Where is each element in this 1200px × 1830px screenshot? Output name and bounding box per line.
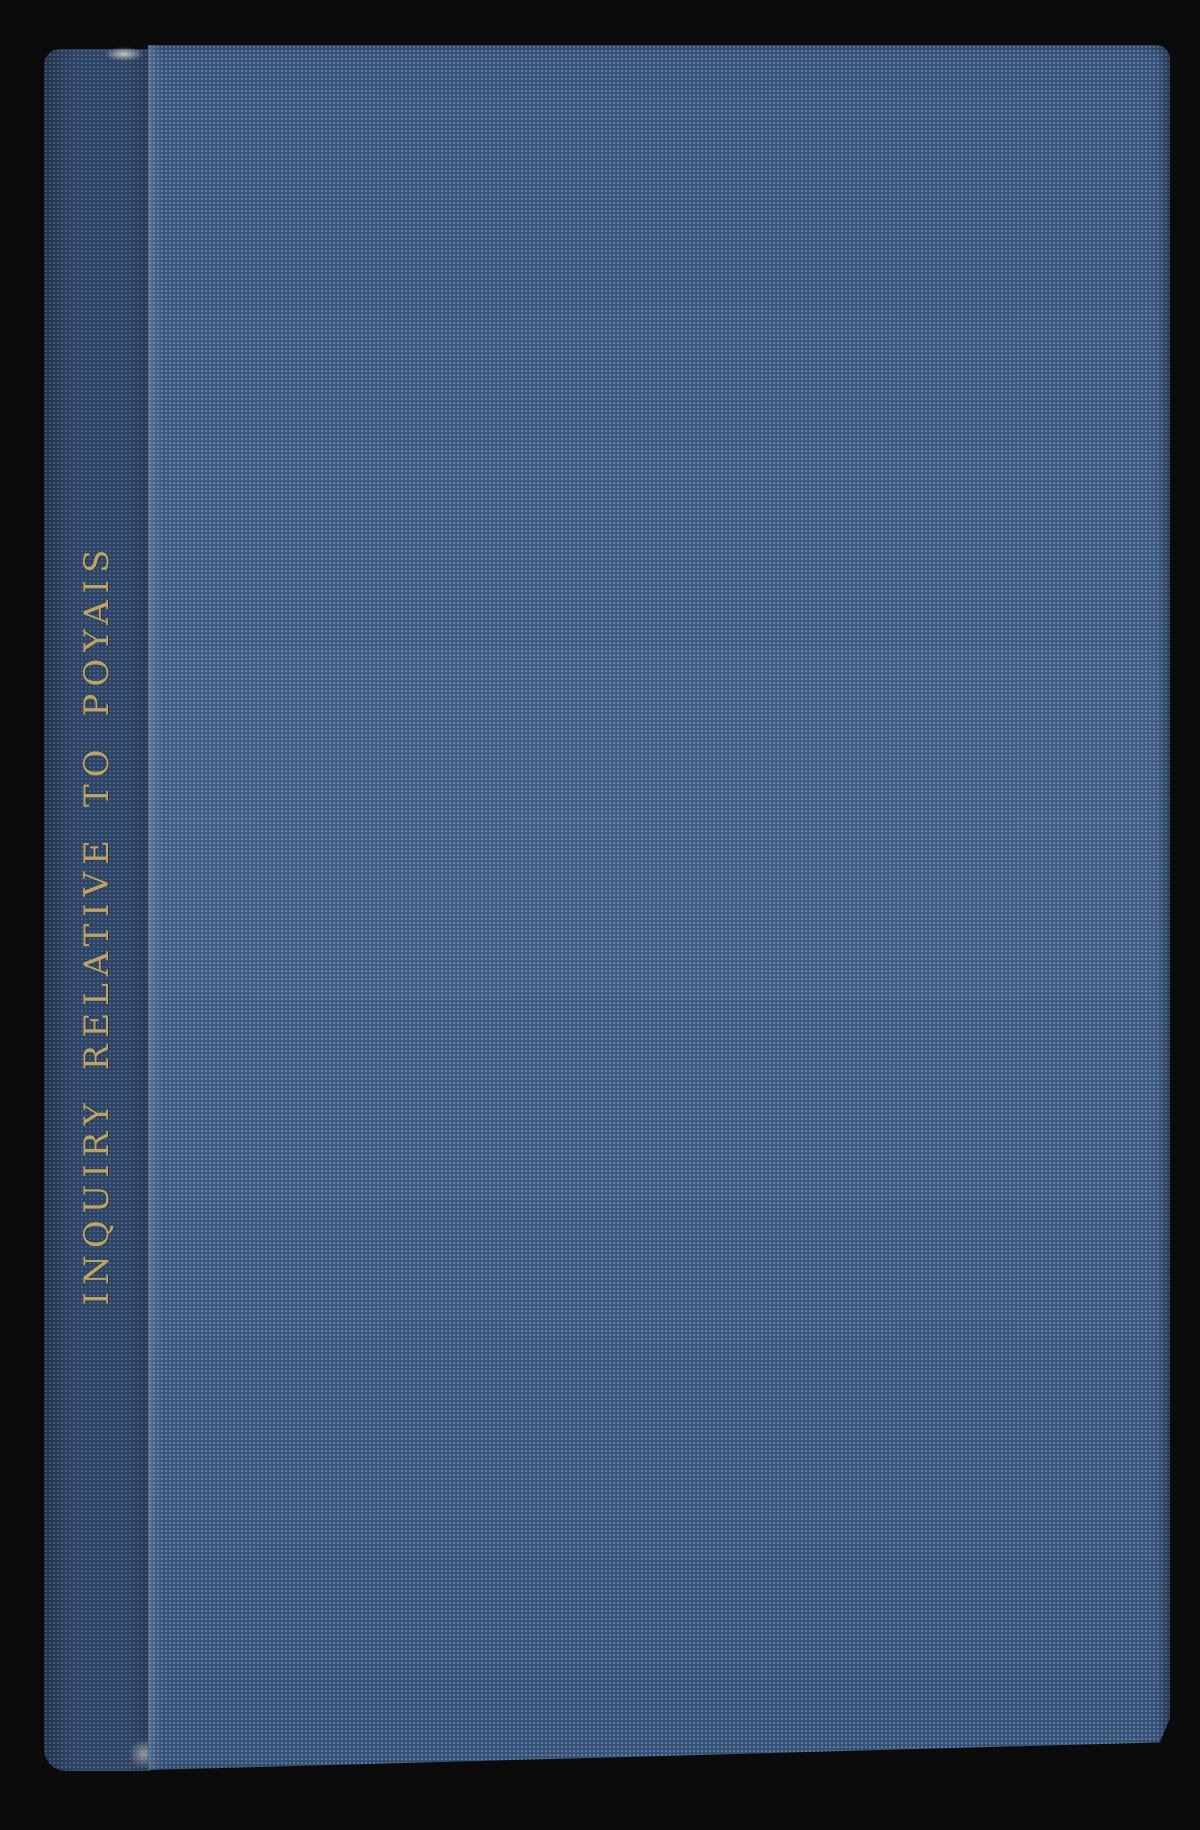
- spine-title-word: TO: [77, 742, 117, 807]
- spine-title-word: POYAIS: [77, 543, 117, 717]
- book-spine: INQUIRYRELATIVETOPOYAIS: [44, 49, 150, 1771]
- spine-title-word: INQUIRY: [77, 1096, 117, 1305]
- book-front-cover: [148, 45, 1170, 1770]
- cover-hinge: [148, 45, 162, 1770]
- book: INQUIRYRELATIVETOPOYAIS: [44, 45, 1170, 1770]
- spine-wear-top: [104, 47, 144, 61]
- spine-title: INQUIRYRELATIVETOPOYAIS: [77, 543, 117, 1306]
- spine-title-word: RELATIVE: [77, 833, 117, 1070]
- photo-background: INQUIRYRELATIVETOPOYAIS: [0, 0, 1200, 1830]
